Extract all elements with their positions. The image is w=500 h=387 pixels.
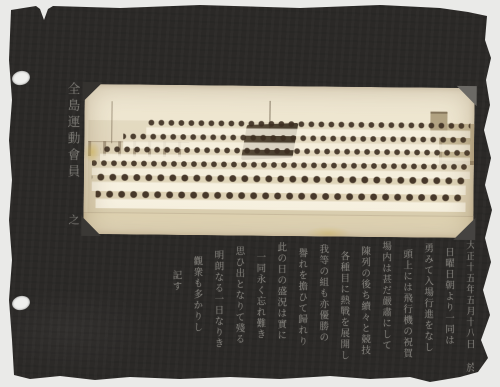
binder-hole-bottom [11, 294, 32, 312]
handwritten-column: 場内は甚だ嚴肅にして [380, 241, 390, 376]
scrapbook-scan: 全島運動會員 之 [0, 0, 500, 387]
handwritten-column: 我等の組も亦優勝の [317, 244, 327, 376]
handwritten-column: 勇みて入場行進をなし [422, 243, 432, 376]
handwritten-column: 此の日の盛況は實に [275, 242, 285, 376]
handwritten-column: 日曜日朝より一同は [443, 247, 453, 376]
mounted-photograph [83, 84, 475, 238]
binder-hole-top [11, 69, 32, 87]
crowd-row-front [95, 188, 466, 212]
handwritten-column: 一同永く忘れ難き [254, 252, 264, 376]
handwritten-caption-block: 大正十五年五月十八日 於日曜日朝より一同は勇みて入場行進をなし頭上には飛行機の祝… [140, 240, 474, 376]
photo-corner-bottom-left [81, 216, 101, 236]
handwritten-column: 各種目に熱戰を展開し [338, 251, 348, 376]
photo-corner-bottom-right [453, 218, 475, 240]
handwritten-column: 大正十五年五月十八日 於 [464, 240, 474, 376]
handwritten-column: 譽れを擔ひて歸れり [296, 248, 306, 376]
handwritten-column: 觀衆も多かりし [191, 256, 201, 376]
photo-corner-top-right [457, 86, 477, 106]
handwritten-column: 記す [170, 270, 180, 376]
side-caption-text: 全島運動會員 [66, 82, 81, 181]
photo-stain-bottom [305, 226, 351, 238]
handwritten-column: 思ひ出となりて殘る [233, 246, 243, 376]
side-caption-foot: 之 [67, 214, 80, 229]
group-photo [83, 84, 475, 238]
handwritten-side-caption: 全島運動會員 之 [64, 82, 82, 232]
handwritten-column: 明朗なる一日なりき [212, 250, 222, 376]
handwritten-column: 陳列の後ち續々と競技 [359, 246, 369, 376]
photo-corner-top-left [83, 82, 103, 102]
album-page: 全島運動會員 之 [0, 0, 500, 387]
handwritten-column: 頭上には飛行機の祝賀 [401, 249, 411, 376]
